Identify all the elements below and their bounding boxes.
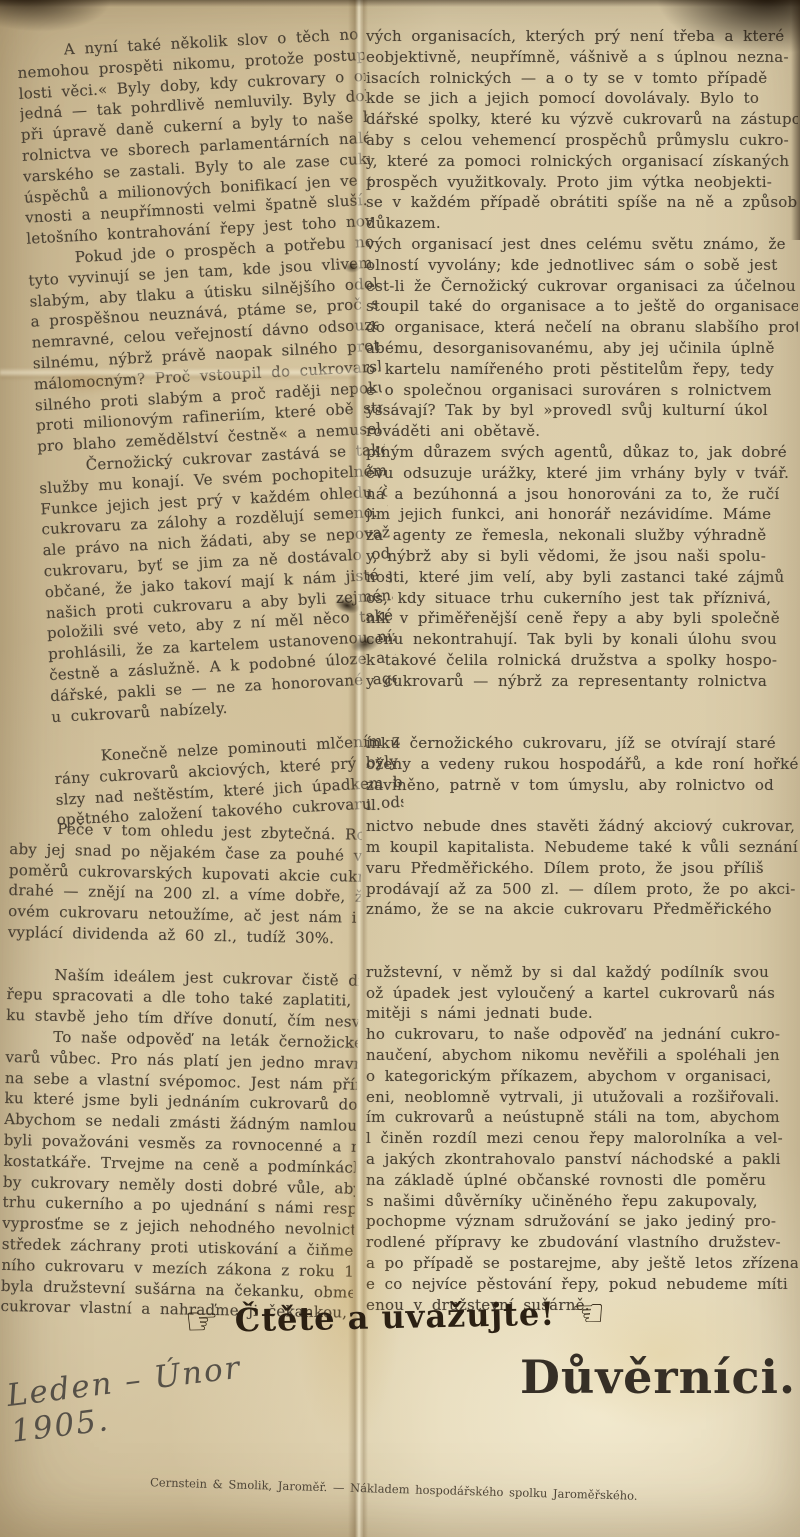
text-line: abému, desorganisovanému, aby jej učinil… (366, 338, 798, 359)
text-line: na základě úplné občanské rovnosti dle p… (366, 1170, 798, 1191)
text-line: mitěji s námi jednati bude. (366, 1003, 798, 1024)
text-line: kde se jich a jejich pomocí dovolávaly. … (366, 88, 798, 109)
signature-word: Důvěrníci. (520, 1350, 796, 1404)
text-line: ružstevní, v němž by si dal každý podíln… (366, 962, 798, 983)
text-line: ínku černožického cukrovaru, jíž se otví… (366, 733, 798, 754)
call-to-action-text: Čtěte a uvažujte! (234, 1295, 555, 1340)
text-line: os, kdy situace trhu cukerního jest tak … (366, 588, 798, 609)
text-line: varu Předměřického. Dílem proto, že jsou… (366, 858, 798, 879)
scan-dark-edge-top (0, 0, 800, 7)
text-line: vých organisacích, kterých prý není třeb… (366, 26, 798, 47)
text-line: y cukrovarů — nýbrž za representanty rol… (366, 671, 798, 692)
text-line (366, 920, 798, 941)
text-line: rováděti ani obětavě. (366, 421, 798, 442)
text-line: jim jejich funkci, ani honorář nezávidím… (366, 504, 798, 525)
text-line: y, nýbrž aby si byli vědomi, že jsou naš… (366, 546, 798, 567)
text-line: prospěch využitkovaly. Proto jim výtka n… (366, 172, 798, 193)
text-line: naučení, abychom nikomu nevěřili a spolé… (366, 1045, 798, 1066)
text-line: nictvo nebude dnes stavěti žádný akciový… (366, 816, 798, 837)
text-line: známo, že se na akcie cukrovaru Předměři… (366, 899, 798, 920)
text-line: ož úpadek jest vyloučený a kartel cukrov… (366, 983, 798, 1004)
pointing-hand-right-icon: ☞ (184, 1299, 219, 1344)
text-line: eobjektivně, neupřímně, vášnivě a s úpln… (366, 47, 798, 68)
text-line: aby s celou vehemencí prospěchů průmyslu… (366, 130, 798, 151)
text-line: s našimi důvěrníky učiněného řepu zakupo… (366, 1191, 798, 1212)
text-line: y, které za pomoci rolnických organisací… (366, 151, 798, 172)
right-column: vých organisacích, kterých prý není třeb… (366, 26, 798, 1320)
text-line: prodávají až za 500 zl. — dílem proto, ž… (366, 879, 798, 900)
text-line: ím cukrovarů a neústupně stáli na tom, a… (366, 1107, 798, 1128)
text-line: m koupil kapitalista. Nebudeme také k vů… (366, 837, 798, 858)
text-line: stoupil také do organisace a to ještě do… (366, 296, 798, 317)
text-line: dářské spolky, které ku výzvě cukrovarů … (366, 109, 798, 130)
text-line (366, 712, 798, 733)
text-line: za agenty ze řemesla, nekonali služby vý… (366, 525, 798, 546)
text-line: o kategorickým příkazem, abychom v organ… (366, 1066, 798, 1087)
text-line: důkazem. (366, 213, 798, 234)
text-line: o kartelu namířeného proti pěstitelům ře… (366, 359, 798, 380)
text-line: oženy a vedeny rukou hospodářů, a kde ro… (366, 754, 798, 775)
text-line: il. (366, 795, 798, 816)
text-line: eni, neoblomně vytrvali, ji utužovali a … (366, 1087, 798, 1108)
text-line: e o společnou organisaci surováren s rol… (366, 380, 798, 401)
handwritten-date-note: Leden – Únor 1905. (5, 1338, 341, 1450)
text-line: se v každém případě obrátiti spíše na ně… (366, 192, 798, 213)
document-page: A nyní také několik slov o těch nonemoho… (0, 0, 800, 1537)
pointing-hand-left-icon: ☜ (571, 1291, 606, 1336)
text-line: est-li že Černožický cukrovar organisaci… (366, 276, 798, 297)
text-line: plným důrazem svých agentů, důkaz to, ja… (366, 442, 798, 463)
text-line: do organisace, která nečelí na obranu sl… (366, 317, 798, 338)
call-to-action: ☞Čtěte a uvažujte!☜ (160, 1290, 631, 1344)
text-line: isacích rolnických — a o ty se v tomto p… (366, 68, 798, 89)
text-line: olností vyvolány; kde jednotlivec sám o … (366, 255, 798, 276)
text-line: ěvu odsuzuje urážky, které jim vrhány by… (366, 463, 798, 484)
text-line (366, 692, 798, 713)
text-line: nosti, které jim velí, aby byli zastanci… (366, 567, 798, 588)
text-line (366, 941, 798, 962)
scan-dark-corner-top-left (0, 0, 113, 43)
text-line: a jakých zkontrahovalo panství náchodské… (366, 1149, 798, 1170)
text-line: yssávají? Tak by byl »provedl svůj kultu… (366, 400, 798, 421)
text-line: rodlené přípravy ke zbudování vlastního … (366, 1232, 798, 1253)
text-line: zaviněno, patrně v tom úmyslu, aby rolni… (366, 775, 798, 796)
text-line: l činěn rozdíl mezi cenou řepy malorolní… (366, 1128, 798, 1149)
text-line: cenu nekontrahují. Tak byli by konali úl… (366, 629, 798, 650)
left-column-lower: Péče v tom ohledu jest zbytečná. Rolnict… (0, 818, 362, 1327)
text-line: vých organisací jest dnes celému světu z… (366, 234, 798, 255)
text-line: ná a bezúhonná a jsou honorováni za to, … (366, 484, 798, 505)
text-line: ník v přiměřenější ceně řepy a aby byli … (366, 608, 798, 629)
text-line: k takové čelila rolnická družstva a spol… (366, 650, 798, 671)
printer-imprint: Cernstein & Smolik, Jaroměř. — Nákladem … (150, 1475, 638, 1503)
text-line: pochopme význam sdružování se jako jedin… (366, 1211, 798, 1232)
text-line: ho cukrovaru, to naše odpověď na jednání… (366, 1024, 798, 1045)
left-column-upper: A nyní také několik slov o těch nonemoho… (16, 24, 404, 835)
text-line: a po případě se postarejme, aby ještě le… (366, 1253, 798, 1274)
